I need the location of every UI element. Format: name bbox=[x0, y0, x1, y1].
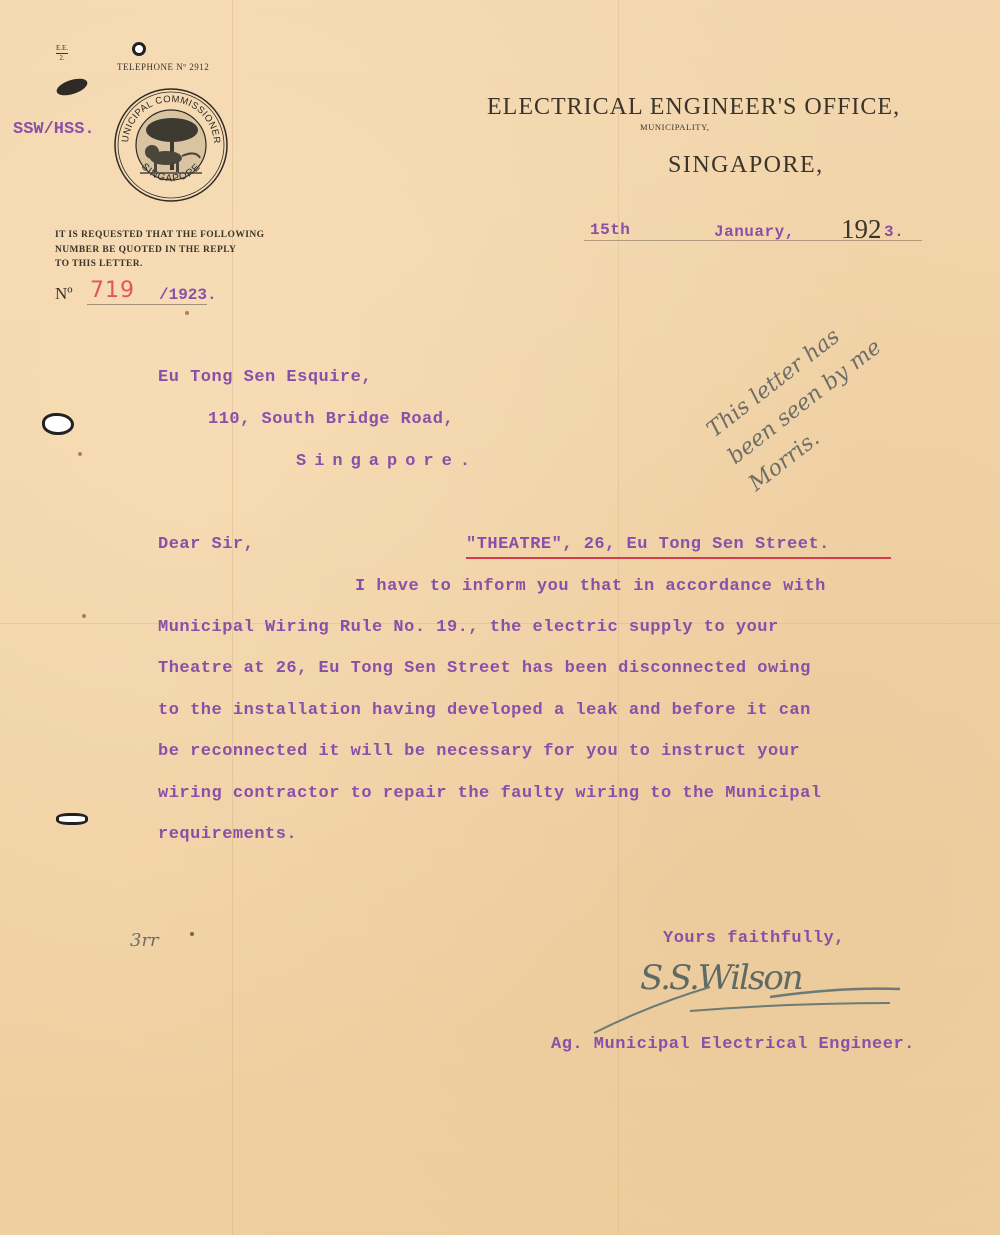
telephone-number: TELEPHONE Nº 2912 bbox=[117, 62, 209, 72]
municipal-seal-icon: MUNICIPAL COMMISSIONERS SINGAPORE bbox=[112, 86, 230, 204]
number-underline bbox=[87, 304, 207, 305]
speck bbox=[190, 932, 194, 936]
addressee-name: Eu Tong Sen Esquire, bbox=[158, 368, 372, 387]
speck bbox=[78, 452, 82, 456]
body-line: to the installation having developed a l… bbox=[158, 701, 811, 720]
body-line: I have to inform you that in accordance … bbox=[355, 577, 826, 596]
request-note-line: IT IS REQUESTED THAT THE FOLLOWING bbox=[55, 228, 264, 243]
request-note: IT IS REQUESTED THAT THE FOLLOWING NUMBE… bbox=[55, 228, 264, 272]
ink-blot-icon bbox=[55, 75, 90, 98]
speck bbox=[82, 614, 86, 618]
punch-hole-icon bbox=[42, 413, 74, 435]
number-label: Nº bbox=[55, 284, 73, 304]
body-line: be reconnected it will be necessary for … bbox=[158, 742, 800, 761]
handwritten-note: This letter has been seen by me Morris. bbox=[700, 297, 920, 501]
date-month: January, bbox=[714, 223, 795, 241]
reference-initials: SSW/HSS. bbox=[13, 120, 95, 139]
punch-hole-icon bbox=[56, 813, 88, 825]
ref-code-top: E.E. bbox=[56, 44, 68, 53]
number-value: 719 bbox=[90, 278, 135, 303]
body-line: wiring contractor to repair the faulty w… bbox=[158, 784, 822, 803]
salutation: Dear Sir, bbox=[158, 535, 254, 554]
municipality-label: MUNICIPALITY, bbox=[640, 122, 709, 132]
closing: Yours faithfully, bbox=[663, 929, 845, 948]
office-title: ELECTRICAL ENGINEER'S OFFICE, bbox=[487, 94, 900, 121]
city-label: SINGAPORE, bbox=[668, 152, 824, 179]
body-line: Municipal Wiring Rule No. 19., the elect… bbox=[158, 618, 779, 637]
ref-code-bottom: 2. bbox=[56, 54, 68, 63]
subject-line: "THEATRE", 26, Eu Tong Sen Street. bbox=[466, 535, 830, 554]
date-year-printed: 192 bbox=[841, 214, 882, 245]
request-note-line: TO THIS LETTER. bbox=[55, 257, 264, 272]
date-year-typed: 3. bbox=[884, 223, 904, 241]
request-note-line: NUMBER BE QUOTED IN THE REPLY bbox=[55, 243, 264, 258]
pencil-mark: 3rr bbox=[130, 930, 159, 951]
subject-underline bbox=[466, 557, 891, 559]
ref-code: E.E. 2. bbox=[56, 44, 68, 63]
number-year: /1923. bbox=[159, 286, 217, 304]
body-line: requirements. bbox=[158, 825, 297, 844]
signatory-title: Ag. Municipal Electrical Engineer. bbox=[551, 1035, 915, 1054]
date-day: 15th bbox=[590, 221, 630, 239]
body-line: Theatre at 26, Eu Tong Sen Street has be… bbox=[158, 659, 811, 678]
date-line: 15th January, 192 3. bbox=[578, 218, 923, 248]
punch-hole-icon bbox=[132, 42, 146, 56]
addressee-street: 110, South Bridge Road, bbox=[208, 410, 454, 429]
addressee-city: Singapore. bbox=[296, 452, 478, 471]
signature-flourish-icon bbox=[590, 975, 910, 1035]
speck bbox=[185, 311, 189, 315]
